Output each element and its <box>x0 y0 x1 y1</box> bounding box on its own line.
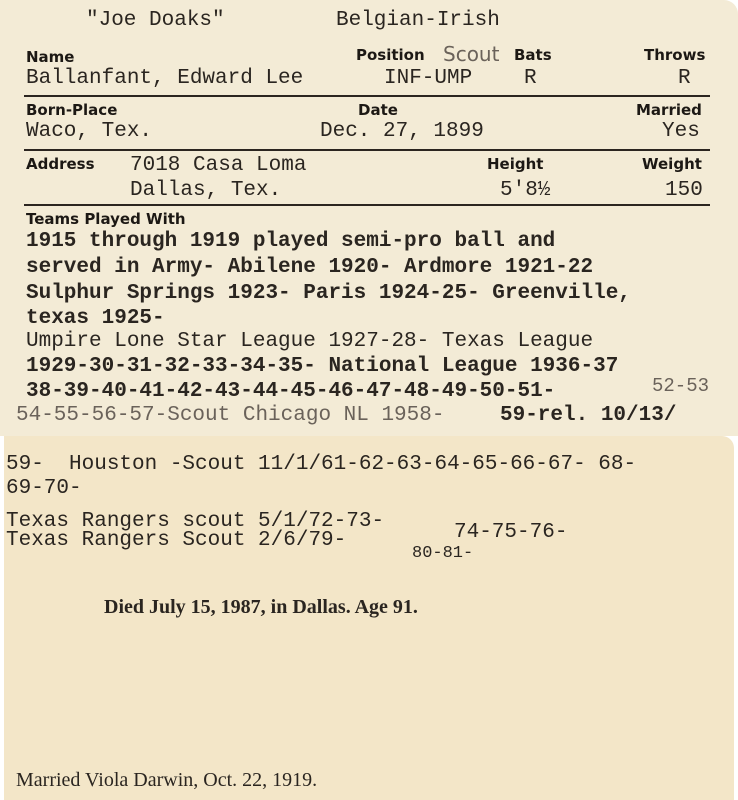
address-line-1: 7018 Casa Loma <box>130 155 306 177</box>
throws-value: R <box>678 68 691 90</box>
teams-line: 38-39-40-41-42-43-44-45-46-47-48-49-50-5… <box>26 381 555 403</box>
position-value: INF-UMP <box>384 68 472 90</box>
position-note: Scout <box>443 42 499 66</box>
weight-label: Weight <box>642 155 702 173</box>
weight-value: 150 <box>665 180 703 202</box>
marriage-note: Married Viola Darwin, Oct. 22, 1919. <box>16 769 317 791</box>
teams-line: Umpire Lone Star League 1927-28- Texas L… <box>26 331 593 353</box>
divider <box>24 149 710 151</box>
date-value: Dec. 27, 1899 <box>320 121 484 143</box>
married-value: Yes <box>662 121 700 143</box>
address-label: Address <box>26 155 95 173</box>
teams-line: 52-53 <box>652 375 709 397</box>
history-line: Texas Rangers Scout 2/6/79- <box>6 530 346 552</box>
history-line: 69-70- <box>6 478 82 500</box>
teams-label: Teams Played With <box>26 210 186 228</box>
bats-label: Bats <box>514 46 552 64</box>
height-value: 5'8½ <box>500 180 550 202</box>
address-line-2: Dallas, Tex. <box>130 180 281 202</box>
teams-line: texas 1925- <box>26 308 165 330</box>
name-label: Name <box>26 48 74 66</box>
date-label: Date <box>358 101 398 119</box>
history-line: 80-81- <box>412 543 473 565</box>
position-label: Position <box>356 46 425 64</box>
nickname: "Joe Doaks" <box>86 10 225 32</box>
teams-line: 1915 through 1919 played semi-pro ball a… <box>26 231 555 253</box>
born-place-label: Born-Place <box>26 101 117 119</box>
teams-line: served in Army- Abilene 1920- Ardmore 19… <box>26 257 593 279</box>
teams-line: 59-rel. 10/13/ <box>500 405 676 427</box>
throws-label: Throws <box>644 46 705 64</box>
index-card-front: "Joe Doaks" Belgian-Irish Name Position … <box>0 0 738 436</box>
history-line: 74-75-76- <box>454 522 567 544</box>
name-value: Ballanfant, Edward Lee <box>26 68 303 90</box>
married-label: Married <box>636 101 702 119</box>
teams-line: 1929-30-31-32-33-34-35- National League … <box>26 356 618 378</box>
teams-line: Sulphur Springs 1923- Paris 1924-25- Gre… <box>26 283 631 305</box>
divider <box>24 95 710 97</box>
death-note: Died July 15, 1987, in Dallas. Age 91. <box>104 596 418 618</box>
index-card-back: 59- Houston -Scout 11/1/61-62-63-64-65-6… <box>4 436 734 800</box>
height-label: Height <box>487 155 543 173</box>
ancestry: Belgian-Irish <box>336 10 500 32</box>
born-place-value: Waco, Tex. <box>26 121 152 143</box>
history-line: 59- Houston -Scout 11/1/61-62-63-64-65-6… <box>6 454 636 476</box>
divider <box>24 204 710 206</box>
bats-value: R <box>524 68 537 90</box>
teams-line: 54-55-56-57-Scout Chicago NL 1958- <box>16 405 444 427</box>
